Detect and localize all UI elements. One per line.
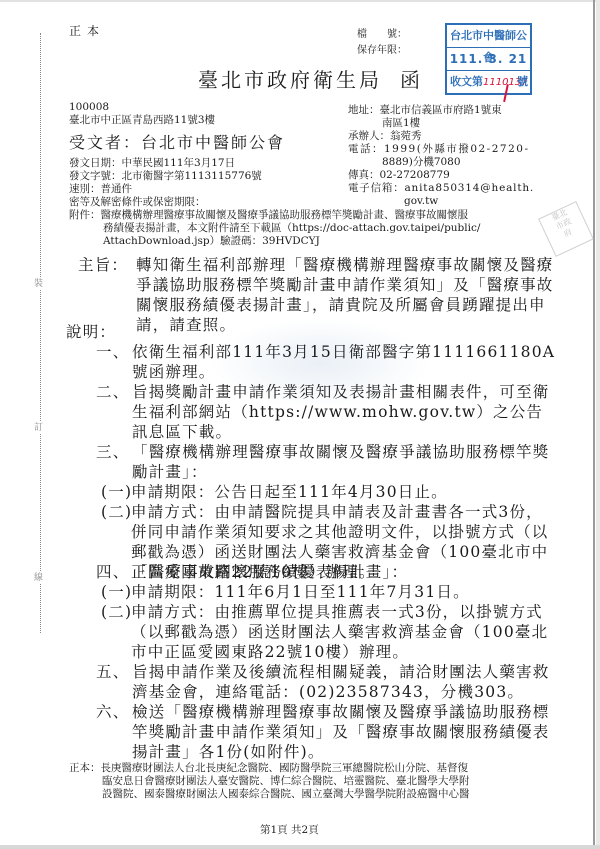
explanation-item-6: 六、 檢送「醫療機構辦理醫療事故關懷及醫療爭議協助服務標竿獎勵計畫申請作業須知」… — [96, 702, 556, 762]
stamp-date: 111. 3. 21 — [447, 48, 530, 71]
confidentiality: 密等及解密條件或保密期限： — [69, 196, 206, 209]
subitem-text: 申請方式：由推薦單位提具推薦表一式3份，以掛號方式（以郵戳為憑）函送財團法人藥害… — [101, 602, 556, 662]
attachment-line-3[interactable]: AttachDownload.jsp）驗證碼：39HVDCYJ — [69, 235, 320, 248]
binding-mark: 訂 — [34, 422, 43, 434]
contact-email[interactable]: 電子信箱：anita850314@health. — [348, 182, 534, 195]
explanation-item-5: 五、 旨揭申請作業及後續流程相關疑義，請洽財團法人藥害救濟基金會，連絡電話：(0… — [96, 662, 556, 702]
binding-mark: 裝 — [34, 278, 43, 290]
binding-line — [40, 33, 41, 633]
subject-text: 轉知衛生福利部辦理「醫療機構辦理醫療事故關懷及醫療爭議協助服務標竿獎勵計畫申請作… — [136, 255, 556, 335]
cc-line-3: 設醫院、國泰醫療財團法人國泰綜合醫院、國立臺灣大學醫學院附設癌醫中心醫 — [69, 788, 529, 801]
document-page: 裝 訂 線 正本 檔 號： 保存年限： 臺北市政府衛生局函 台北市中醫師公會 1… — [0, 0, 600, 849]
stamp-receipt-prefix: 收文第 — [450, 75, 483, 88]
binding-mark: 線 — [34, 572, 43, 584]
cc-line-1: 長庚醫療財團法人台北長庚紀念醫院、國防醫學院三軍總醫院松山分院、基督復 — [101, 762, 469, 774]
subitem-text: 申請期限：公告日起至111年4月30日止。 — [101, 482, 556, 502]
contact-fax: 傳真：02-27208779 — [348, 169, 450, 182]
recipient-address: 臺北市中正區青島西路11號3樓 — [69, 114, 215, 127]
subitem-number: (二) — [101, 502, 132, 522]
contact-handler: 承辦人：翁菀秀 — [348, 130, 422, 143]
item-text: 檢送「醫療機構辦理醫療事故關懷及醫療爭議協助服務標竿獎勵計畫申請作業須知」及「醫… — [96, 702, 556, 762]
item-number: 一、 — [96, 342, 129, 362]
recipient: 受文者：台北市中醫師公會 — [69, 130, 285, 153]
recipient-postcode: 100008 — [69, 101, 109, 114]
item-text: 依衛生福利部111年3月15日衛部醫字第1111661180A號函辦理。 — [96, 342, 556, 382]
copy-type-label: 正本 — [69, 22, 105, 39]
contact-phone-cont: 8889)分機7080 — [348, 156, 461, 169]
issue-date: 發文日期：中華民國111年3月17日 — [69, 157, 235, 170]
contact-address: 地址：臺北市信義區市府路1號東 — [348, 104, 502, 117]
agency-name: 臺北市政府衛生局 — [198, 68, 382, 92]
cc-label: 正本： — [69, 762, 101, 774]
cc-list: 正本：長庚醫療財團法人台北長庚紀念醫院、國防醫學院三軍總醫院松山分院、基督復 臨… — [69, 762, 529, 801]
item-number: 二、 — [96, 382, 129, 402]
item-text: 「醫療機構辦理醫療事故關懷及醫療爭議協助服務標竿獎勵計畫」： — [96, 442, 556, 482]
explanation-label: 說明： — [66, 322, 116, 342]
subitem-text: 申請期限：111年6月1日至111年7月31日。 — [101, 582, 556, 602]
page-title: 臺北市政府衛生局函 — [198, 64, 423, 93]
speed-class: 速別：普通件 — [69, 183, 132, 196]
contact-address-cont: 南區1樓 — [348, 117, 420, 130]
subitem-number: (一) — [101, 482, 132, 502]
scan-right-margin — [596, 0, 600, 849]
scan-bottom-edge — [0, 845, 600, 849]
scan-right-edge — [593, 0, 595, 849]
subject-label: 主旨： — [78, 255, 128, 275]
item-number: 四、 — [96, 562, 129, 582]
explanation-subitem-4-1: (一) 申請期限：111年6月1日至111年7月31日。 — [101, 582, 556, 602]
cc-line-2: 臨安息日會醫療財團法人臺安醫院、博仁綜合醫院、培靈醫院、臺北醫學大學附 — [69, 775, 529, 788]
government-seal-icon: 臺北市政府 — [538, 201, 594, 257]
explanation-item-3: 三、 「醫療機構辦理醫療事故關懷及醫療爭議協助服務標竿獎勵計畫」： — [96, 442, 556, 482]
stamp-receipt: 收文第1110137號 — [447, 71, 530, 93]
explanation-item-4: 四、 「醫療事故關懷服務績優表揚計畫」： — [96, 562, 556, 582]
doc-type: 函 — [400, 68, 423, 92]
attachment-line-2[interactable]: 務績優表揚計畫，本文附件請至下載區（https://doc-attach.gov… — [69, 222, 480, 235]
item-number: 五、 — [96, 662, 129, 682]
retention-label: 保存年限： — [357, 41, 407, 56]
item-text: 「醫療事故關懷服務績優表揚計畫」： — [96, 562, 556, 582]
stamp-receipt-suffix: 號 — [517, 71, 528, 93]
file-number-label: 檔 號： — [357, 25, 407, 40]
contact-email-cont: gov.tw — [348, 195, 438, 208]
subitem-number: (一) — [101, 582, 132, 602]
explanation-item-2: 二、 旨揭獎勵計畫申請作業須知及表揚計畫相關表件，可至衛生福利部網站（https… — [96, 382, 556, 442]
item-number: 六、 — [96, 702, 129, 722]
explanation-subitem-4-2: (二) 申請方式：由推薦單位提具推薦表一式3份，以掛號方式（以郵戳為憑）函送財團… — [101, 602, 556, 662]
explanation-item-1: 一、 依衛生福利部111年3月15日衛部醫字第1111661180A號函辦理。 — [96, 342, 556, 382]
contact-phone: 電話：1999(外縣市撥02-2720- — [348, 143, 530, 156]
item-number: 三、 — [96, 442, 129, 462]
item-text: 旨揭獎勵計畫申請作業須知及表揚計畫相關表件，可至衛生福利部網站（https://… — [96, 382, 556, 442]
attachment-line-1: 附件：醫療機構辦理醫療事故關懷及醫療爭議協助服務標竿獎勵計畫、醫療事故關懷服 — [69, 209, 468, 222]
subitem-number: (二) — [101, 602, 132, 622]
scan-top-edge — [0, 0, 600, 2]
receipt-stamp: 台北市中醫師公會 111. 3. 21 收文第1110137號 — [445, 23, 532, 95]
page-indicator: 第1頁 共2頁 — [260, 822, 319, 837]
stamp-org: 台北市中醫師公會 — [447, 25, 530, 48]
explanation-subitem-3-1: (一) 申請期限：公告日起至111年4月30日止。 — [101, 482, 556, 502]
item-text: 旨揭申請作業及後續流程相關疑義，請洽財團法人藥害救濟基金會，連絡電話：(02)2… — [96, 662, 556, 702]
issue-number: 發文字號：北市衛醫字第1113115776號 — [69, 170, 262, 183]
